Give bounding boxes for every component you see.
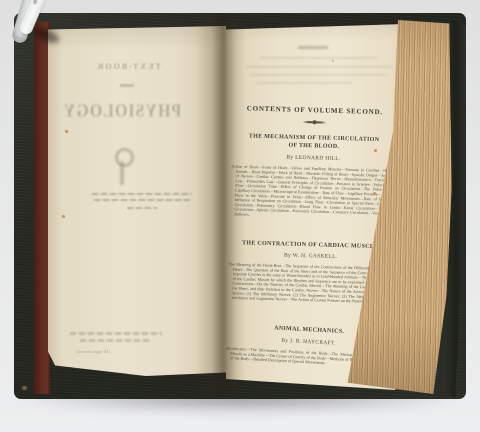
left-page: TEXT-BOOK PHYSIOLOGY [All rights reserve… (48, 26, 226, 376)
contents-heading: CONTENTS OF VOLUME SECOND. (233, 104, 397, 117)
cover-corner-wear (22, 386, 27, 390)
printer-ornament-ghost-icon (115, 148, 134, 167)
section-summary: Action of Heart—Form of Heart—Valves and… (230, 164, 393, 221)
foxing-spot (62, 215, 65, 218)
section-summary-block: Action of Heart—Form of Heart—Valves and… (229, 164, 395, 237)
foxing-spot (65, 130, 68, 133)
showthrough-line (256, 82, 352, 84)
section-title: THE MECHANISM OF THE CIRCULATION OF THE … (232, 133, 396, 153)
showthrough-line (250, 74, 388, 76)
section-byline: By LEONARD HILL. (231, 153, 395, 164)
book-photograph: TEXT-BOOK PHYSIOLOGY [All rights reserve… (0, 0, 480, 432)
left-endpaper-edge (34, 22, 50, 394)
showthrough-series-title: TEXT-BOOK (68, 62, 188, 71)
showthrough-main-title: PHYSIOLOGY (52, 102, 192, 123)
rule-ornament-icon (302, 121, 326, 124)
showthrough-publisher-line (80, 339, 150, 342)
showthrough-line (246, 66, 392, 68)
section-byline: By W. H. GASKELL. (229, 251, 393, 262)
foxing-spot (374, 149, 377, 152)
foxing-spot (373, 192, 376, 195)
showthrough-line (298, 46, 328, 49)
showthrough-line (260, 57, 378, 59)
section-title: THE CONTRACTION OF CARDIAC MUSCLE. (229, 240, 393, 252)
showthrough-rights-note: [All rights reserved.] (110, 350, 170, 358)
showthrough-imprint-line (127, 207, 157, 209)
foxing-spot (332, 60, 334, 62)
rights-note-text: [All rights reserved.] (50, 350, 110, 354)
printer-ornament-ghost-stem (120, 161, 124, 185)
showthrough-imprint-line (92, 193, 192, 195)
showthrough-imprint-line (94, 199, 190, 201)
showthrough-publisher-line (70, 332, 162, 335)
showthrough-of-word (120, 84, 134, 87)
